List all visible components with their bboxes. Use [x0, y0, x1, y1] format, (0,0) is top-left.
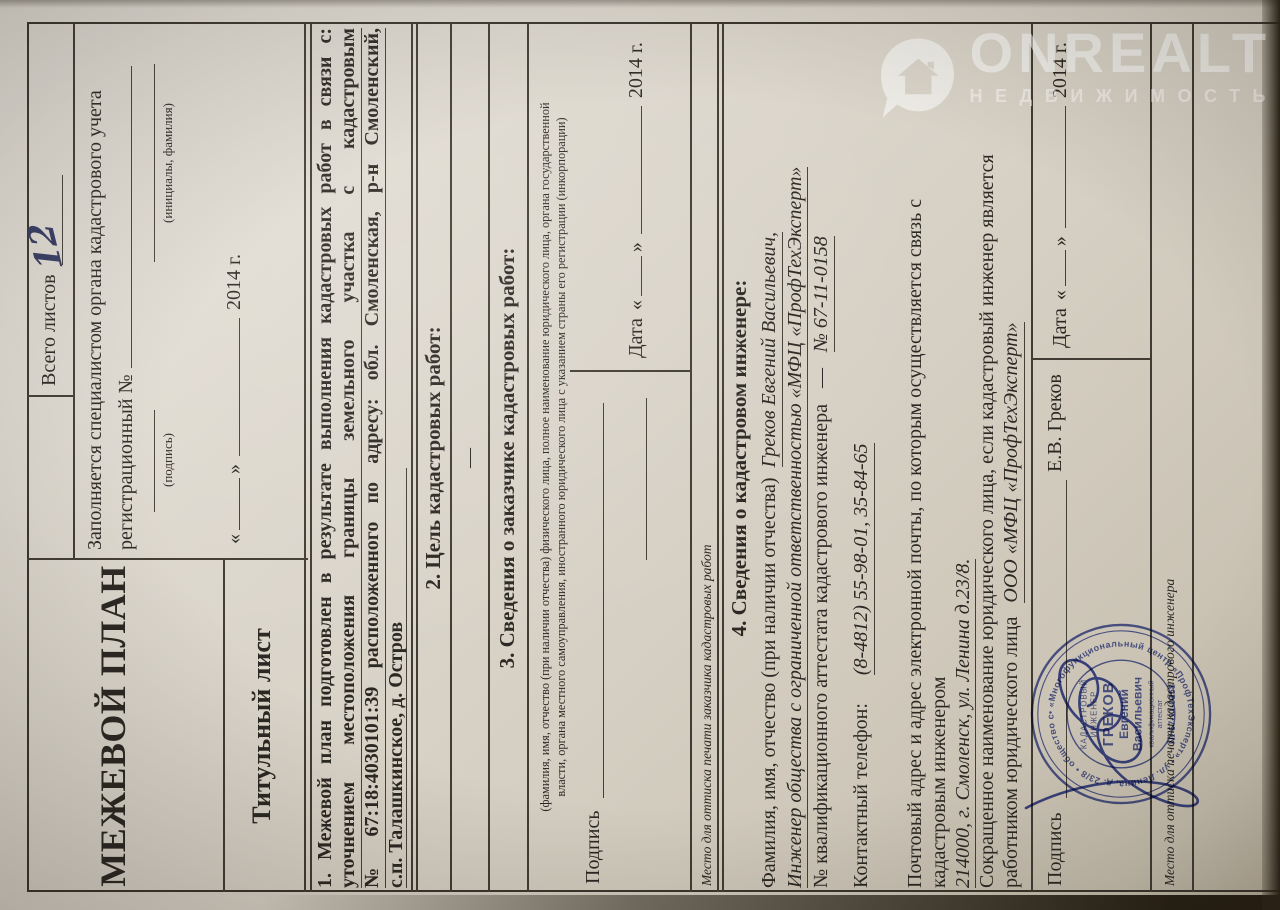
attestat-label: № квалификационного аттестата кадастрово…: [810, 404, 833, 888]
sheets-box-bottom: [73, 24, 75, 560]
section4-date-row: Дата « » 2014 г.: [1046, 42, 1072, 348]
section2-value: —: [458, 24, 481, 892]
engineer-name-value: Греков Евгений Васильевич,: [758, 232, 783, 468]
title-row-divider: [223, 560, 225, 892]
engineer-org-value: Инженер общества с ограниченной ответств…: [784, 167, 808, 888]
total-sheets-label: Всего листов: [38, 274, 61, 386]
section3-row-divider: [570, 370, 690, 372]
header-bottom-rule-b: [310, 24, 312, 892]
postal-label-line1: Почтовый адрес и адрес электронной почты…: [904, 199, 927, 888]
section1-line1: 1. Межевой план подготовлен в результате…: [314, 28, 337, 888]
reg-box-regnumber-row: регистрационный №: [112, 66, 138, 550]
section4-date-day-blank: [1046, 250, 1066, 286]
section3-date-day-blank: [622, 256, 642, 296]
section3-date-year: 2014 г.: [625, 42, 648, 98]
section4-signature-label: Подпись: [1044, 813, 1067, 886]
attestat-value: № 67-11-0158: [810, 236, 835, 352]
section4-row-divider: [1031, 358, 1150, 360]
section2-heading: 2. Цель кадастровых работ:: [422, 24, 445, 892]
section4-name-row: Фамилия, имя, отчество (при наличии отче…: [758, 232, 783, 888]
section4-date-label: Дата: [1049, 308, 1072, 348]
initials-caption: (инициалы, фамилия): [160, 54, 175, 272]
section2-top-rule-b: [416, 24, 418, 892]
photo-of-document: Всего листов 12 МЕЖЕВОЙ ПЛАН Титульный л…: [0, 0, 1280, 910]
date-day-blank: [220, 478, 240, 530]
section3-date-label: Дата: [625, 318, 648, 358]
reg-box-date-row: « » 2014 г.: [220, 254, 246, 544]
page-title: МЕЖЕВОЙ ПЛАН: [102, 560, 125, 892]
signature-blank: [152, 410, 155, 512]
section3-signature-blank2: [644, 398, 647, 560]
date-month-blank: [220, 318, 240, 456]
header-bottom-rule-a: [304, 24, 306, 892]
section4-attestat-row: № квалификационного аттестата кадастрово…: [810, 236, 835, 888]
section3-stamp-caption: Место для оттиска печати заказчика кадас…: [699, 545, 714, 886]
engineer-signature-ink: [1008, 552, 1248, 822]
date-quote-close: »: [223, 464, 246, 474]
section4-top-rule-a: [717, 24, 719, 892]
signature-caption: (подпись): [160, 400, 175, 520]
section3-quote-open: «: [625, 300, 648, 310]
section3-fine-print-1: (фамилия, имя, отчество (при наличии отч…: [538, 27, 553, 887]
sheets-box-divider: [27, 395, 75, 397]
section3-date-row: Дата « » 2014 г.: [622, 42, 648, 358]
page-subtitle: Титульный лист: [250, 560, 273, 892]
photo-edge-shadow-right: [0, 0, 1280, 8]
section3-signature-blank: [601, 403, 604, 798]
section4-quote-open: «: [1049, 290, 1072, 300]
section4-top-rule-b: [722, 24, 724, 892]
postal-value-row: 214000, г. Смоленск, ул. Ленина д.23/8.: [952, 559, 975, 888]
section4-quote-close: »: [1049, 236, 1072, 246]
section3-quote-close: »: [625, 242, 648, 252]
section2-value-rule: [450, 24, 452, 892]
phone-value: (8-4812) 55-98-01, 35-84-65: [850, 443, 875, 675]
section4-signature-name: Е.В. Греков: [1044, 374, 1067, 472]
signature-stroke: [1026, 660, 1198, 808]
date-year: 2014 г.: [223, 254, 246, 310]
postal-value: 214000, г. Смоленск, ул. Ленина д.23/8.: [952, 559, 976, 888]
attestat-dash: —: [810, 368, 833, 388]
section3-heading: 3. Сведения о заказчике кадастровых рабо…: [496, 24, 519, 892]
reg-box-line1: Заполняется специалистом органа кадастро…: [84, 90, 107, 550]
phone-label: Контактный телефон:: [850, 703, 873, 888]
reg-number-blank: [112, 66, 132, 368]
engineer-name-label: Фамилия, имя, отчество (при наличии отче…: [758, 477, 781, 888]
section4-date-year: 2014 г.: [1049, 42, 1072, 98]
section4-date-month-blank: [1046, 106, 1066, 228]
section4-heading: 4. Сведения о кадастровом инженере:: [728, 24, 751, 892]
org-label-line1: Сокращенное наименование юридического ли…: [976, 154, 999, 888]
section3-date-month-blank: [622, 106, 642, 234]
date-quote-open: «: [223, 534, 246, 544]
section4-phone-row: Контактный телефон: (8-4812) 55-98-01, 3…: [850, 443, 875, 888]
section3-fine-print-2: власти, органа местного самоуправления, …: [554, 27, 569, 887]
section1-line4-blank: [404, 468, 407, 888]
section3-heading-bottom-rule: [527, 24, 529, 892]
section2-top-rule-a: [411, 24, 413, 892]
section3-bottom-rule: [690, 24, 692, 892]
section4-name-row2: Инженер общества с ограниченной ответств…: [784, 167, 807, 888]
section3-top-rule: [488, 24, 490, 892]
photo-edge-shadow-left: [0, 895, 1280, 910]
section3-signature-label: Подпись: [582, 811, 605, 884]
document-page: Всего листов 12 МЕЖЕВОЙ ПЛАН Титульный л…: [0, 0, 1280, 910]
reg-number-label: регистрационный №: [115, 374, 138, 550]
photo-edge-shadow-bottom: [1262, 0, 1280, 910]
initials-blank: [152, 64, 155, 262]
postal-label-line2: кадастровым инженером: [928, 677, 951, 888]
section1-line3: № 67:18:4030101:39 расположенного по адр…: [361, 28, 386, 888]
section1-line2: уточнением местоположения границы земель…: [337, 28, 362, 888]
